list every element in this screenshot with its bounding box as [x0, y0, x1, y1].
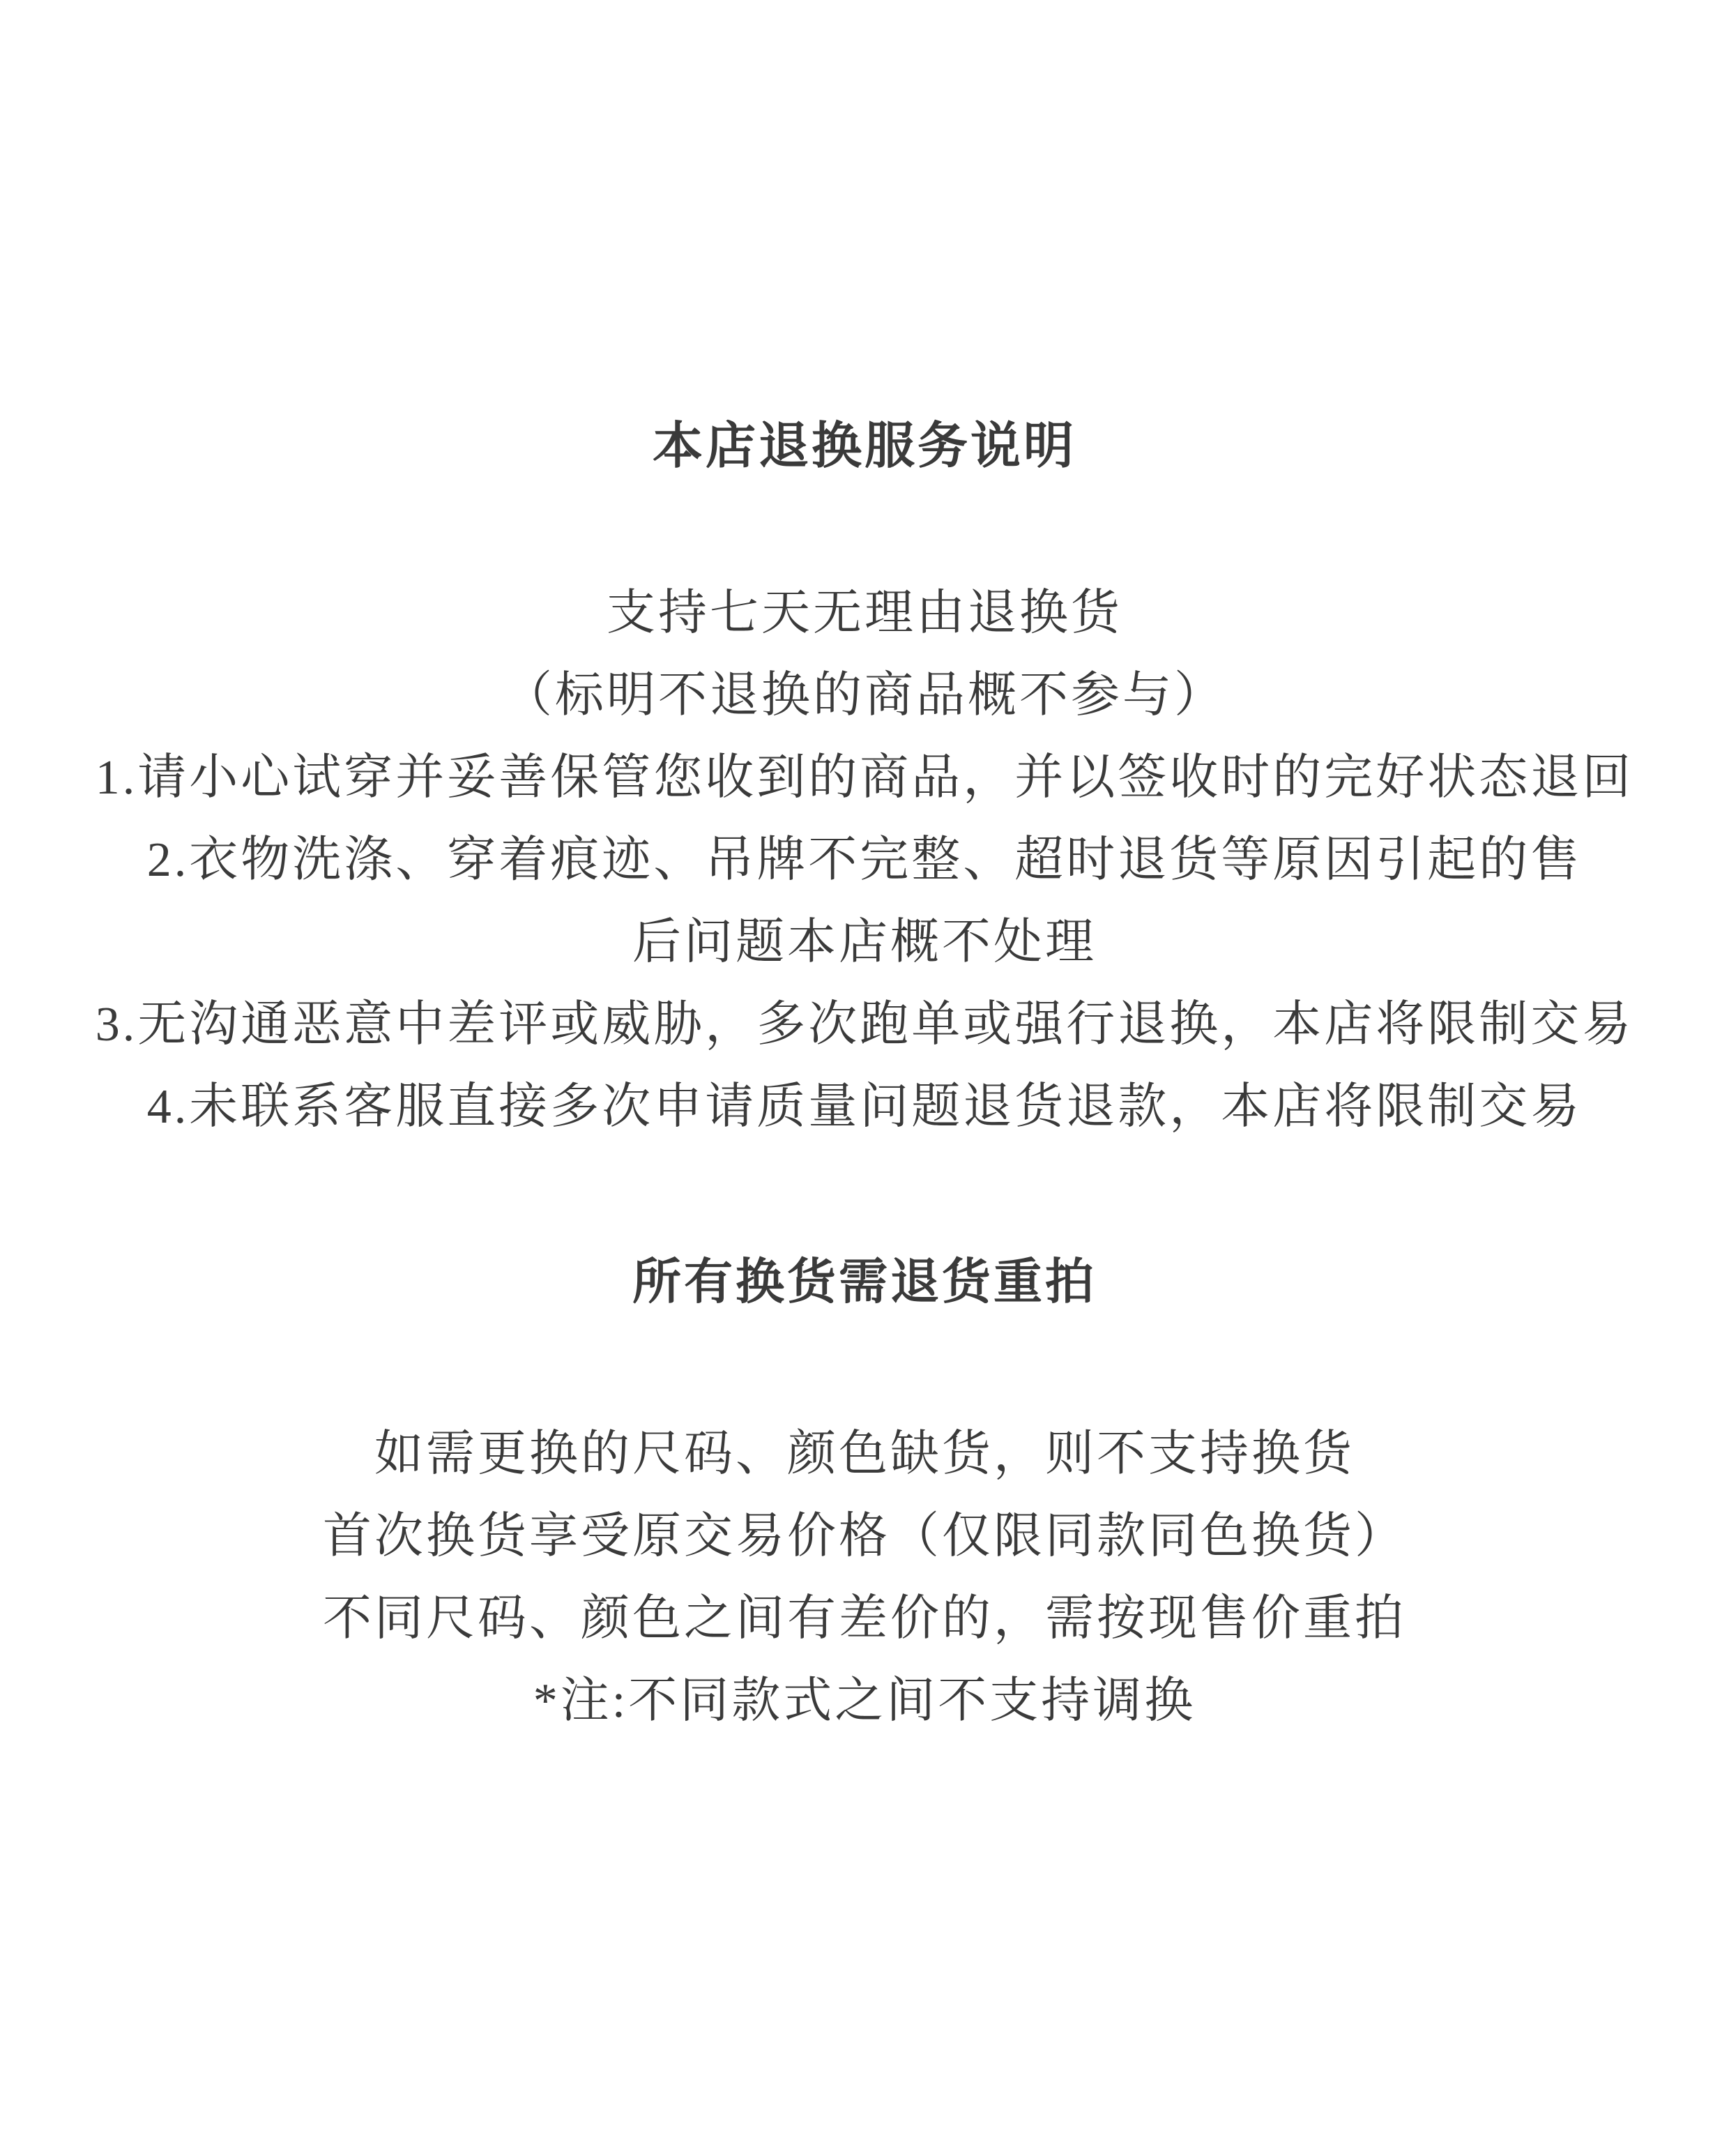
exchange-note: *注:不同款式之间不支持调换	[0, 1660, 1729, 1743]
policy-item-4: 4.未联系客服直接多次申请质量问题退货退款，本店将限制交易	[0, 1066, 1729, 1148]
exchange-rule-1: 如需更换的尺码、颜色缺货，则不支持换货	[0, 1413, 1729, 1496]
policy-item-1: 1.请小心试穿并妥善保管您收到的商品，并以签收时的完好状态退回	[0, 737, 1729, 819]
policy-item-2: 2.衣物洗涤、穿着痕迹、吊牌不完整、超时退货等原因引起的售	[0, 819, 1729, 902]
policy-item-3: 3.无沟通恶意中差评或威胁，多次跑单或强行退换，本店将限制交易	[0, 984, 1729, 1066]
policy-item-2-continued: 后问题本店概不处理	[0, 902, 1729, 984]
exchange-policy-section: 如需更换的尺码、颜色缺货，则不支持换货 首次换货享受原交易价格（仅限同款同色换货…	[0, 1413, 1729, 1743]
exchange-rule-2: 首次换货享受原交易价格（仅限同款同色换货）	[0, 1496, 1729, 1578]
policy-intro-line: 支持七天无理由退换货	[0, 572, 1729, 655]
exchange-section-heading: 所有换货需退货重拍	[0, 1252, 1729, 1314]
return-policy-page: 本店退换服务说明 支持七天无理由退换货 （标明不退换的商品概不参与） 1.请小心…	[0, 0, 1729, 2156]
exchange-rule-3: 不同尺码、颜色之间有差价的，需按现售价重拍	[0, 1578, 1729, 1660]
return-policy-section: 支持七天无理由退换货 （标明不退换的商品概不参与） 1.请小心试穿并妥善保管您收…	[0, 572, 1729, 1148]
policy-intro-note: （标明不退换的商品概不参与）	[0, 655, 1729, 737]
page-title: 本店退换服务说明	[0, 415, 1729, 478]
